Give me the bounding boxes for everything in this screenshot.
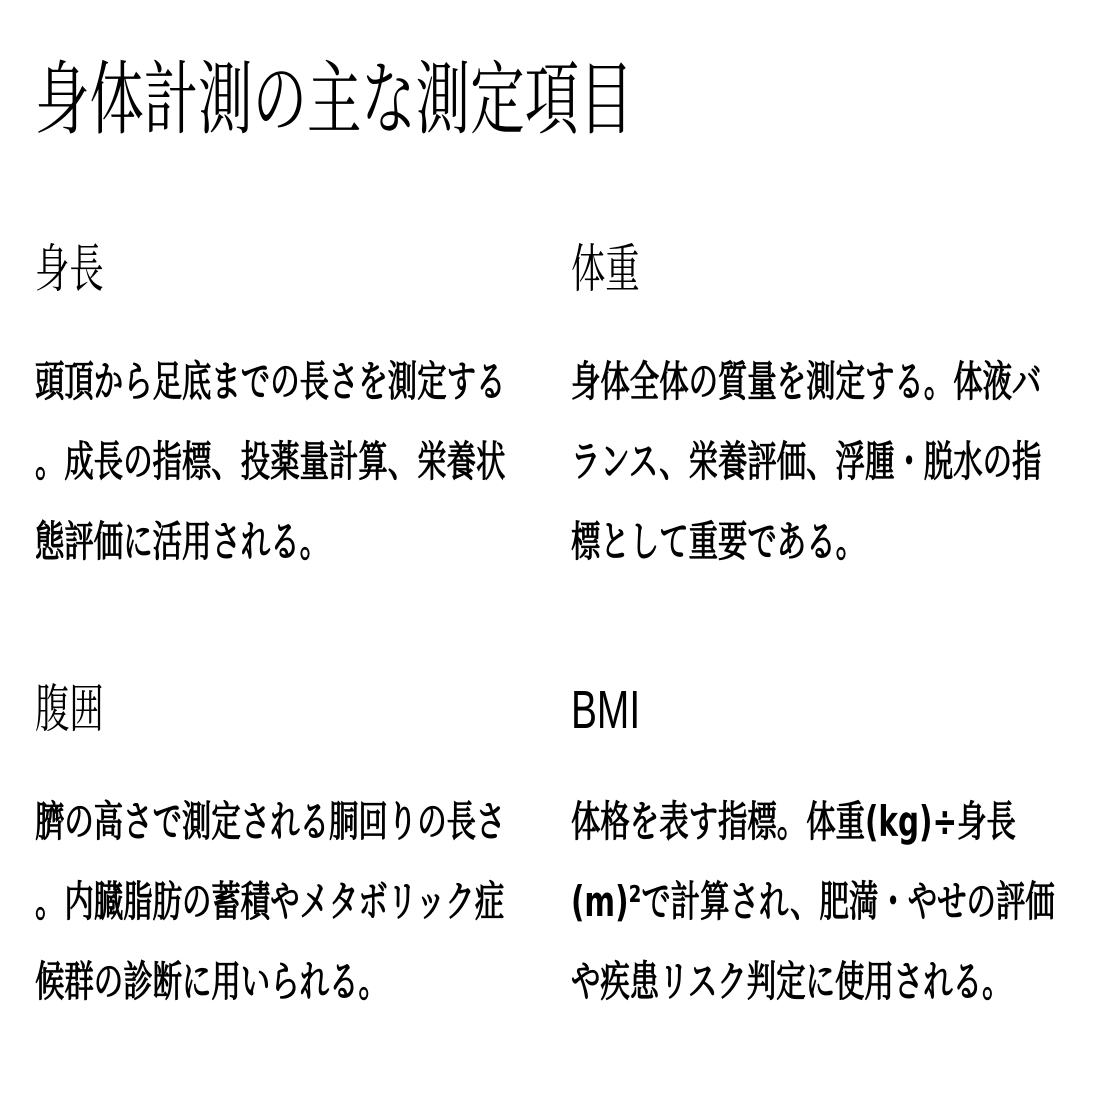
description-line: や疾患リスク判定に使用される。: [571, 956, 1061, 1036]
measurement-card-waist: 腹囲 臍の高さで測定される胴回りの長さ 。内臓脂肪の蓄積やメタボリック症 候群の…: [35, 676, 535, 744]
description-line: 臍の高さで測定される胴回りの長さ: [35, 796, 525, 876]
card-description: 体格を表す指標。体重(kg)÷身長 (m)²で計算され、肥満・やせの評価 や疾患…: [571, 796, 1120, 1036]
page-title: 身体計測の主な測定項目: [35, 52, 633, 148]
card-heading: BMI: [571, 676, 931, 744]
card-heading: 体重: [571, 236, 901, 304]
description-line: 身体全体の質量を測定する。体液バ: [571, 356, 1061, 436]
measurement-card-bmi: BMI 体格を表す指標。体重(kg)÷身長 (m)²で計算され、肥満・やせの評価…: [571, 676, 1071, 744]
description-line: 候群の診断に用いられる。: [35, 956, 525, 1036]
card-heading: 身長: [35, 236, 365, 304]
description-line: 。内臓脂肪の蓄積やメタボリック症: [35, 876, 525, 956]
description-line: 体格を表す指標。体重(kg)÷身長: [571, 796, 1061, 876]
description-line: 頭頂から足底までの長さを測定する: [35, 356, 525, 436]
measurement-card-height: 身長 頭頂から足底までの長さを測定する 。成長の指標、投薬量計算、栄養状 態評価…: [35, 236, 535, 304]
description-line: 態評価に活用される。: [35, 516, 525, 596]
card-description: 身体全体の質量を測定する。体液バ ランス、栄養評価、浮腫・脱水の指 標として重要…: [571, 356, 1120, 596]
description-line: 。成長の指標、投薬量計算、栄養状: [35, 436, 525, 516]
card-heading: 腹囲: [35, 676, 365, 744]
measurement-card-weight: 体重 身体全体の質量を測定する。体液バ ランス、栄養評価、浮腫・脱水の指 標とし…: [571, 236, 1071, 304]
description-line: (m)²で計算され、肥満・やせの評価: [571, 876, 1061, 956]
description-line: 標として重要である。: [571, 516, 1061, 596]
description-line: ランス、栄養評価、浮腫・脱水の指: [571, 436, 1061, 516]
